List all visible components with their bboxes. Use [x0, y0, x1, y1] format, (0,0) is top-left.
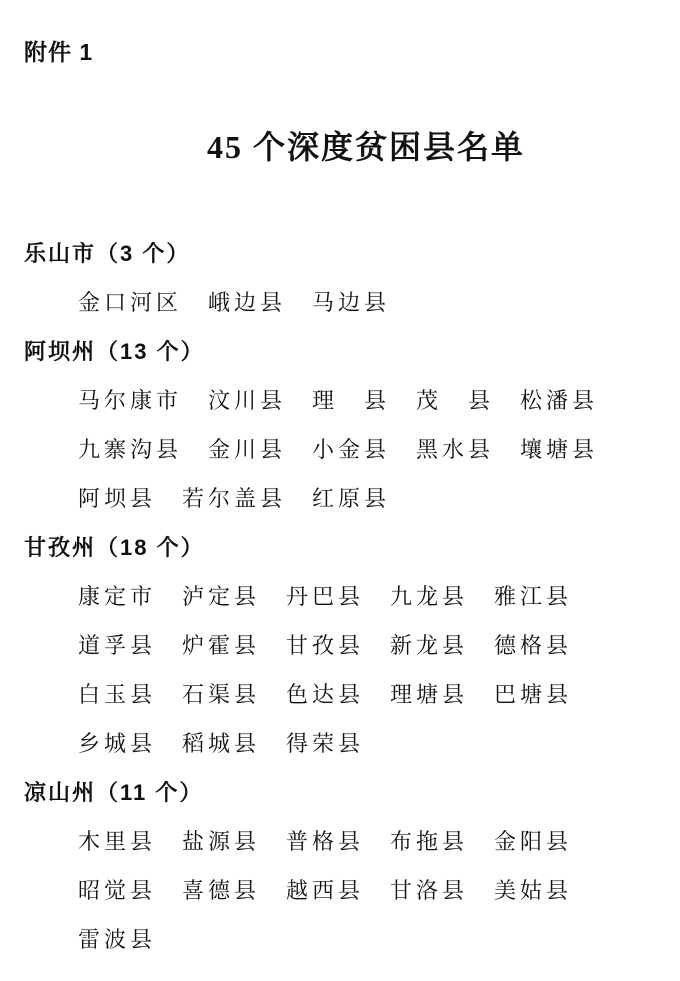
attachment-label: 附件 1: [24, 34, 93, 67]
county-row: 康定市 泸定县 丹巴县 九龙县 雅江县: [24, 571, 664, 620]
county-row: 马尔康市 汶川县 理 县 茂 县 松潘县: [24, 375, 664, 424]
county-row: 木里县 盐源县 普格县 布拖县 金阳县: [24, 816, 664, 865]
county-row: 昭觉县 喜德县 越西县 甘洛县 美姑县: [24, 865, 664, 914]
section-header-liangshan: 凉山州（11 个）: [24, 767, 664, 816]
section-header-leshan: 乐山市（3 个）: [24, 228, 664, 277]
document-page: 附件 1 45 个深度贫困县名单 乐山市（3 个） 金口河区 峨边县 马边县 阿…: [0, 0, 680, 981]
county-row: 乡城县 稻城县 得荣县: [24, 718, 664, 767]
county-row: 雷波县: [24, 914, 664, 963]
county-row: 白玉县 石渠县 色达县 理塘县 巴塘县: [24, 669, 664, 718]
page-title: 45 个深度贫困县名单: [0, 122, 680, 168]
county-row: 九寨沟县 金川县 小金县 黑水县 壤塘县: [24, 424, 664, 473]
county-list: 乐山市（3 个） 金口河区 峨边县 马边县 阿坝州（13 个） 马尔康市 汶川县…: [24, 228, 664, 963]
section-header-ganzi: 甘孜州（18 个）: [24, 522, 664, 571]
county-row: 阿坝县 若尔盖县 红原县: [24, 473, 664, 522]
section-header-aba: 阿坝州（13 个）: [24, 326, 664, 375]
county-row: 道孚县 炉霍县 甘孜县 新龙县 德格县: [24, 620, 664, 669]
county-row: 金口河区 峨边县 马边县: [24, 277, 664, 326]
